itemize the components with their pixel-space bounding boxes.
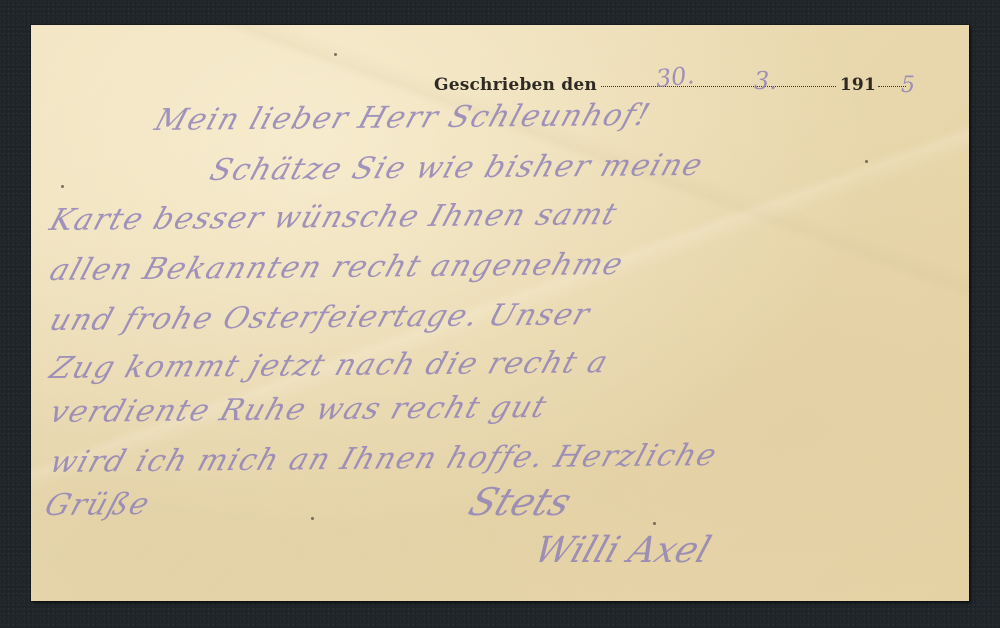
- paper-speck: [653, 522, 656, 525]
- paper-speck: [334, 53, 337, 56]
- paper-speck: [311, 517, 314, 520]
- signature: Willi Axel: [529, 530, 715, 571]
- letter-line-greeting: Grüße: [40, 487, 154, 523]
- letter-line: und frohe Osterfeiertage. Unser: [45, 297, 595, 338]
- handwritten-year-digit: 5: [901, 73, 915, 98]
- letter-line: Zug kommt jetzt nach die recht a: [45, 345, 613, 386]
- handwritten-day: 30.: [655, 61, 696, 93]
- letter-line-salutation: Mein lieber Herr Schleunhof!: [150, 98, 655, 138]
- date-dotted-line: [601, 84, 836, 87]
- handwritten-month: 3.: [754, 67, 777, 95]
- paper-speck: [865, 160, 868, 163]
- letter-line: allen Bekannten recht angenehme: [45, 247, 628, 288]
- year-prefix: 191: [840, 75, 876, 95]
- letter-line: wird ich mich an Ihnen hoffe. Herzliche: [45, 438, 721, 480]
- letter-closing: Stets: [463, 480, 578, 524]
- letter-line: verdiente Ruhe was recht gut: [45, 390, 551, 430]
- written-on-label: Geschrieben den: [434, 75, 597, 95]
- postcard: Geschrieben den 191 30. 3. 5 Mein lieber…: [31, 25, 969, 601]
- letter-line: Karte besser wünsche Ihnen samt: [45, 197, 622, 238]
- letter-line: Schätze Sie wie bisher meine: [205, 148, 707, 188]
- paper-speck: [61, 185, 64, 188]
